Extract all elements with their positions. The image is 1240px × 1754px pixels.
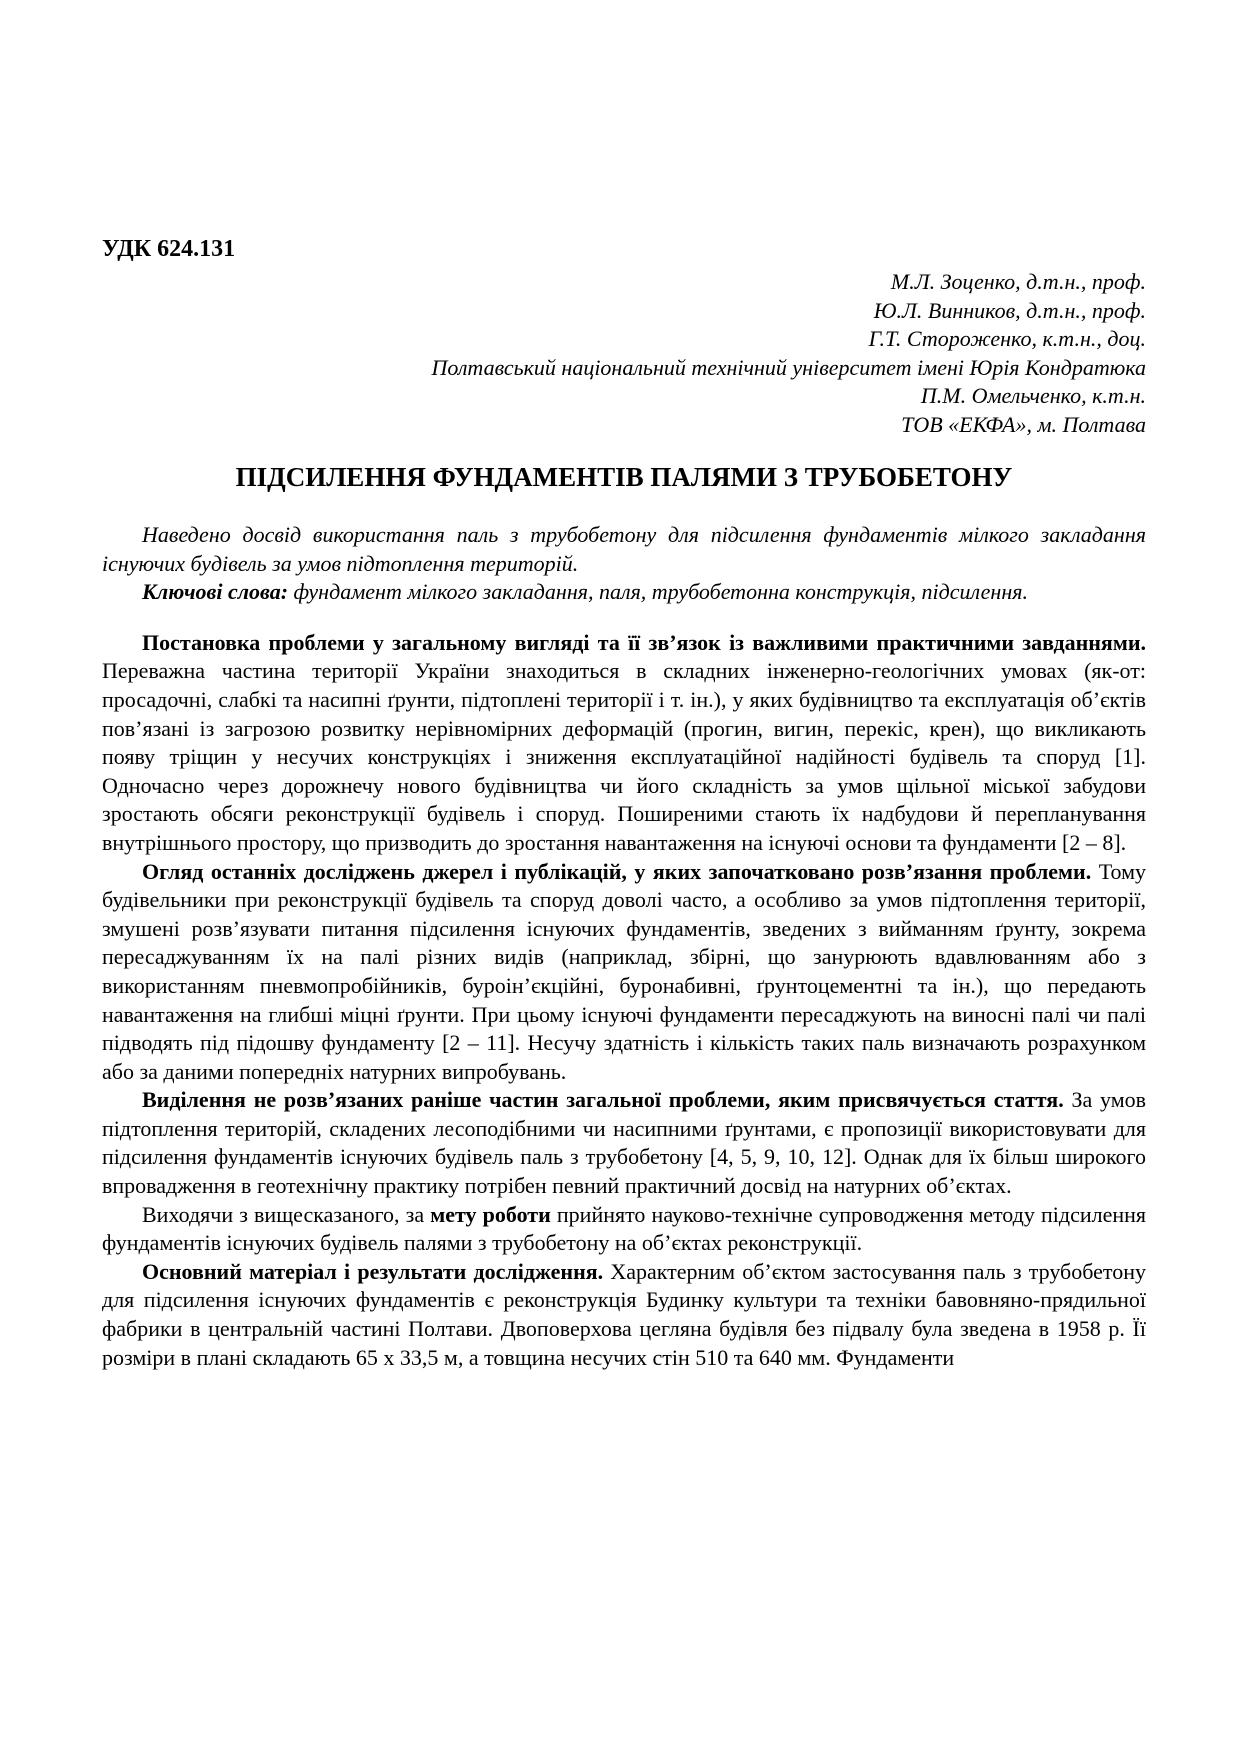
author-affiliation: ТОВ «ЕКФА», м. Полтава — [102, 411, 1146, 440]
paragraph-text: Тому будівельники при реконструкції буді… — [102, 859, 1146, 1084]
keywords-text: фундамент мілкого закладання, паля, труб… — [288, 579, 1028, 604]
paragraph-lead: Огляд останніх досліджень джерел і публі… — [142, 859, 1091, 884]
paragraph-work-goal: Виходячи з вищесказаного, за мету роботи… — [102, 1201, 1146, 1258]
author-affiliation: Полтавський національний технічний уніве… — [102, 354, 1146, 383]
paragraph-text: Переважна частина території України знах… — [102, 658, 1146, 855]
paragraph-lead: Основний матеріал і результати досліджен… — [142, 1259, 603, 1284]
paragraph-unsolved-parts: Виділення не розв’язаних раніше частин з… — [102, 1086, 1146, 1200]
keywords-block: Ключові слова: фундамент мілкого заклада… — [102, 578, 1146, 607]
document-page: УДК 624.131 М.Л. Зоценко, д.т.н., проф. … — [0, 0, 1240, 1754]
author-block: М.Л. Зоценко, д.т.н., проф. Ю.Л. Виннико… — [102, 268, 1146, 439]
keywords-label: Ключові слова: — [142, 579, 288, 604]
author-line: М.Л. Зоценко, д.т.н., проф. — [102, 268, 1146, 297]
paragraph-literature-review: Огляд останніх досліджень джерел і публі… — [102, 858, 1146, 1087]
paragraph-main-material: Основний матеріал і результати досліджен… — [102, 1258, 1146, 1372]
paragraph-problem-statement: Постановка проблеми у загальному вигляді… — [102, 629, 1146, 858]
author-line: Ю.Л. Винников, д.т.н., проф. — [102, 297, 1146, 326]
abstract-text: Наведено досвід використання паль з труб… — [102, 521, 1146, 578]
author-line: Г.Т. Стороженко, к.т.н., доц. — [102, 325, 1146, 354]
article-title: ПІДСИЛЕННЯ ФУНДАМЕНТІВ ПАЛЯМИ З ТРУБОБЕТ… — [102, 459, 1146, 495]
paragraph-lead: Постановка проблеми у загальному вигляді… — [142, 630, 1146, 655]
paragraph-text: Виходячи з вищесказаного, за — [142, 1202, 430, 1227]
udc-code: УДК 624.131 — [102, 234, 1146, 264]
paragraph-lead: мету роботи — [430, 1202, 551, 1227]
author-line: П.М. Омельченко, к.т.н. — [102, 382, 1146, 411]
page-content: УДК 624.131 М.Л. Зоценко, д.т.н., проф. … — [102, 0, 1146, 1372]
paragraph-lead: Виділення не розв’язаних раніше частин з… — [142, 1087, 1064, 1112]
